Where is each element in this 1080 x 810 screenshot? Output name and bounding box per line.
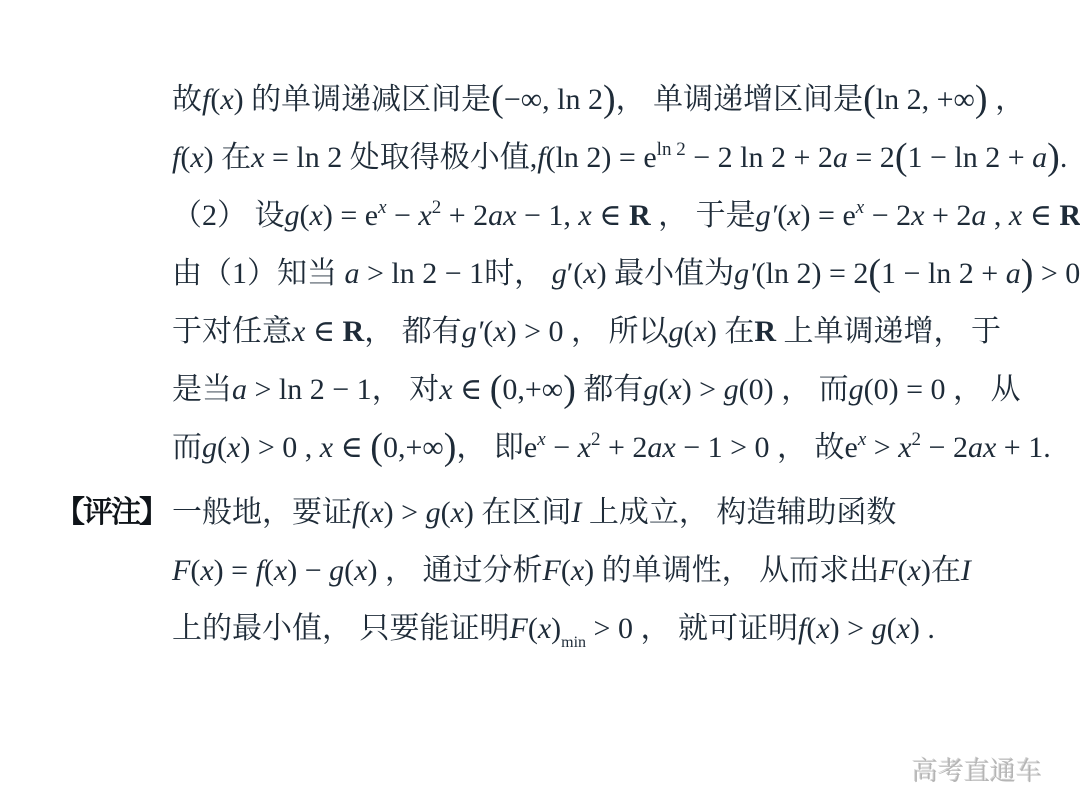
text-segment: ) > <box>682 373 724 406</box>
text-segment: ， 都有 <box>364 315 462 348</box>
text-segment: x <box>571 554 584 587</box>
text-segment: ∈ <box>1022 199 1059 232</box>
text-segment: ) <box>1047 136 1060 178</box>
text-segment: a <box>971 199 986 232</box>
document-line: F(x) = f(x) − g(x) ， 通过分析F(x) 的单调性， 从而求出… <box>172 542 1060 600</box>
text-segment: ) − <box>287 554 329 587</box>
text-segment: ) <box>584 554 594 587</box>
text-segment: 最小值为 <box>607 257 735 290</box>
document-line: 是当a > ln 2 − 1， 对x ∈ (0,+∞) 都有g(x) > g(0… <box>172 361 1060 419</box>
text-segment: ) = e <box>323 199 378 232</box>
text-segment: ) <box>464 496 474 529</box>
text-segment: ) <box>204 141 214 174</box>
text-segment: ( <box>561 554 571 587</box>
text-segment: F <box>543 554 561 587</box>
text-segment: 0,+∞ <box>502 373 563 406</box>
document-line: 上的最小值， 只要能证明F(x)min > 0 ， 就可证明f(x) > g(x… <box>172 600 1060 658</box>
text-segment: x <box>439 373 452 406</box>
text-segment: ( <box>210 83 220 116</box>
text-segment: ( <box>264 554 274 587</box>
text-segment: = 2 <box>848 141 895 174</box>
text-segment: ) <box>921 554 931 587</box>
text-segment: x <box>787 199 800 232</box>
text-segment: x <box>578 431 591 464</box>
text-segment: 2 <box>912 429 922 450</box>
text-segment: ) = <box>214 554 256 587</box>
text-segment: g <box>202 431 217 464</box>
text-segment: x <box>292 315 305 348</box>
text-segment: 2 <box>432 197 442 218</box>
text-segment: ax <box>647 431 675 464</box>
text-segment: g′ <box>462 315 484 348</box>
text-segment: 上的最小值， 只要能证明 <box>172 612 510 645</box>
text-segment: g <box>872 612 887 645</box>
text-segment: x <box>858 429 866 450</box>
text-segment: x <box>378 197 386 218</box>
text-segment: + 2 <box>441 199 488 232</box>
text-segment: 在 <box>931 554 961 587</box>
text-segment: ( <box>887 612 897 645</box>
text-segment: g <box>552 257 567 290</box>
text-segment: −∞, ln 2 <box>504 83 603 116</box>
document-line: （2） 设g(x) = ex − x2 + 2ax − 1, x ∈ R ， 于… <box>172 187 1060 245</box>
text-segment: F <box>510 612 528 645</box>
text-segment: 2 <box>591 429 601 450</box>
text-segment: . <box>1060 141 1068 174</box>
text-segment: x <box>911 199 924 232</box>
text-segment: (0) = 0 <box>864 373 946 406</box>
text-segment: − 2 ln 2 + 2 <box>686 141 833 174</box>
text-segment: x <box>907 554 920 587</box>
text-segment: ax <box>968 431 996 464</box>
text-segment: ∈ <box>305 315 342 348</box>
text-segment: 1 − ln 2 + <box>881 257 1006 290</box>
text-segment: > <box>866 431 898 464</box>
text-segment: ) > <box>830 612 872 645</box>
text-segment: x <box>668 373 681 406</box>
text-segment: g <box>849 373 864 406</box>
text-segment: ′( <box>567 257 584 290</box>
document-page: 故f(x) 的单调递减区间是(−∞, ln 2)， 单调递增区间是(ln 2, … <box>0 0 1080 810</box>
text-segment: ( <box>180 141 190 174</box>
text-segment: R. <box>1059 199 1080 232</box>
text-segment: g <box>285 199 300 232</box>
text-segment: ) <box>597 257 607 290</box>
text-segment: ( <box>490 368 503 410</box>
text-segment: − 2 <box>864 199 911 232</box>
text-segment: x <box>493 315 506 348</box>
text-segment: ， 而 <box>774 373 849 406</box>
text-segment: I <box>961 554 971 587</box>
text-segment: (ln 2) = e <box>546 141 657 174</box>
document-line: 而g(x) > 0 , x ∈ (0,+∞)， 即ex − x2 + 2ax −… <box>172 419 1060 477</box>
text-segment: ( <box>777 199 787 232</box>
text-segment: 在 <box>717 315 755 348</box>
text-segment: x <box>451 496 464 529</box>
text-segment: 而 <box>172 431 202 464</box>
text-segment: + 1. <box>996 431 1050 464</box>
text-segment: min <box>561 634 586 651</box>
text-segment: 上单调递增， 于 <box>776 315 1001 348</box>
text-segment: > ln 2 − 1 <box>360 257 485 290</box>
text-segment: （2） 设 <box>172 199 285 232</box>
text-segment: > 0 <box>1033 257 1080 290</box>
text-segment: ( <box>441 496 451 529</box>
text-segment: x <box>370 496 383 529</box>
document-line: 故f(x) 的单调递减区间是(−∞, ln 2)， 单调递增区间是(ln 2, … <box>172 71 1060 129</box>
text-segment: x <box>190 141 203 174</box>
text-segment: , <box>986 199 1009 232</box>
text-segment: ( <box>895 136 908 178</box>
text-segment: ) <box>444 426 457 468</box>
text-segment: 一般地，要证 <box>172 496 352 529</box>
text-segment: ( <box>217 431 227 464</box>
text-segment: ( <box>491 78 504 120</box>
text-segment: g <box>724 373 739 406</box>
text-segment: ) <box>368 554 378 587</box>
text-segment: a <box>232 373 247 406</box>
text-segment: ) <box>707 315 717 348</box>
text-segment: x <box>227 431 240 464</box>
text-segment: ， 对 <box>372 373 440 406</box>
document-body: 故f(x) 的单调递减区间是(−∞, ln 2)， 单调递增区间是(ln 2, … <box>55 71 1060 658</box>
text-segment: (ln 2) = 2 <box>756 257 869 290</box>
text-segment: + 2 <box>600 431 647 464</box>
text-segment: g <box>669 315 684 348</box>
text-segment: ， <box>988 83 1026 116</box>
text-segment: R <box>343 315 365 348</box>
text-segment: ln 2, +∞ <box>876 83 975 116</box>
text-segment: ax <box>488 199 516 232</box>
text-segment: a <box>1032 141 1047 174</box>
text-segment: ， 通过分析 <box>378 554 543 587</box>
text-segment: x <box>537 429 545 450</box>
text-segment: ， 所以 <box>564 315 669 348</box>
note-label: 【评注】 <box>55 484 172 542</box>
text-segment: ( <box>658 373 668 406</box>
text-segment: ) . <box>910 612 935 645</box>
text-segment: ( <box>863 78 876 120</box>
document-line: f(x) 在x = ln 2 处取得极小值,f(ln 2) = eln 2 − … <box>172 129 1060 187</box>
text-segment: x <box>274 554 287 587</box>
text-segment: x <box>538 612 551 645</box>
text-segment: x <box>897 612 910 645</box>
text-segment: 上成立， 构造辅助函数 <box>581 496 896 529</box>
text-segment: x <box>200 554 213 587</box>
text-segment: e <box>845 431 858 464</box>
text-segment: + 2 <box>924 199 971 232</box>
text-segment: ) <box>1021 252 1034 294</box>
text-segment: I <box>571 496 581 529</box>
text-segment: 时， <box>484 257 552 290</box>
text-segment: ) > 0 <box>507 315 564 348</box>
text-segment: 在 <box>214 141 252 174</box>
text-segment: ( <box>190 554 200 587</box>
text-segment: 在区间 <box>474 496 572 529</box>
text-segment: g <box>426 496 441 529</box>
text-segment: ∈ <box>592 199 629 232</box>
text-segment: a <box>345 257 360 290</box>
text-segment: x <box>251 141 264 174</box>
text-segment: ) > <box>384 496 426 529</box>
text-segment: F <box>879 554 897 587</box>
text-segment: ) <box>563 368 576 410</box>
text-segment: > 0 <box>586 612 633 645</box>
text-segment: a <box>1006 257 1021 290</box>
watermark: 高考直通车 <box>912 751 1042 788</box>
text-segment: ln 2 <box>657 139 686 160</box>
text-segment: g <box>329 554 344 587</box>
text-segment: ) = e <box>801 199 856 232</box>
text-segment: − <box>546 431 578 464</box>
text-segment: R <box>629 199 651 232</box>
text-segment: ( <box>300 199 310 232</box>
text-segment: ∈ <box>453 373 490 406</box>
text-segment: ) > 0 , <box>240 431 319 464</box>
text-segment: x <box>354 554 367 587</box>
document-line: 由（1）知当 a > ln 2 − 1时， g′(x) 最小值为g′(ln 2)… <box>172 245 1060 303</box>
text-segment: ( <box>344 554 354 587</box>
text-segment: x <box>898 431 911 464</box>
text-segment: ) <box>975 78 988 120</box>
text-segment: R <box>754 315 776 348</box>
text-segment: ( <box>868 252 881 294</box>
text-segment: − <box>387 199 419 232</box>
text-segment: e <box>524 431 537 464</box>
text-segment: g <box>643 373 658 406</box>
text-segment: g′ <box>756 199 778 232</box>
text-segment: ， 就可证明 <box>633 612 798 645</box>
text-segment: x <box>694 315 707 348</box>
text-segment: x <box>578 199 591 232</box>
text-segment: f <box>256 554 264 587</box>
text-segment: 处取得极小值, <box>350 141 538 174</box>
text-segment: ， 从 <box>946 373 1021 406</box>
text-segment: 由（1）知当 <box>172 257 345 290</box>
text-segment: ( <box>528 612 538 645</box>
text-segment: x <box>583 257 596 290</box>
text-segment: − 1, <box>517 199 579 232</box>
text-segment: ， 故 <box>770 431 845 464</box>
text-segment: f <box>537 141 545 174</box>
text-segment: ) <box>234 83 244 116</box>
text-segment: ( <box>483 315 493 348</box>
text-segment: ( <box>360 496 370 529</box>
text-segment: 的单调递减区间是 <box>244 83 492 116</box>
text-segment: ， 单调递增区间是 <box>616 83 864 116</box>
text-segment: 1 − ln 2 + <box>907 141 1032 174</box>
text-segment: ∈ <box>333 431 370 464</box>
text-segment: x <box>320 431 333 464</box>
text-segment: ， 于是 <box>651 199 756 232</box>
text-segment: x <box>1009 199 1022 232</box>
text-segment: ( <box>684 315 694 348</box>
text-segment: x <box>856 197 864 218</box>
text-segment: (0) <box>739 373 774 406</box>
text-segment: F <box>172 554 190 587</box>
text-segment: x <box>310 199 323 232</box>
text-segment: ( <box>370 426 383 468</box>
text-segment: − 1 > 0 <box>676 431 770 464</box>
text-segment: x <box>816 612 829 645</box>
text-segment: 是当 <box>172 373 232 406</box>
text-segment: x <box>220 83 233 116</box>
text-segment: g′ <box>734 257 756 290</box>
text-segment: 0,+∞ <box>383 431 444 464</box>
text-segment: 都有 <box>576 373 644 406</box>
document-line: 于对任意x ∈ R， 都有g′(x) > 0 ， 所以g(x) 在R 上单调递增… <box>172 303 1060 361</box>
text-segment: = ln 2 <box>265 141 350 174</box>
text-segment: x <box>418 199 431 232</box>
text-segment: a <box>833 141 848 174</box>
document-line: 【评注】一般地，要证f(x) > g(x) 在区间I 上成立， 构造辅助函数 <box>55 484 1060 542</box>
text-segment: ， 即 <box>456 431 524 464</box>
text-segment: ) <box>551 612 561 645</box>
text-segment: − 2 <box>921 431 968 464</box>
text-segment: ( <box>897 554 907 587</box>
text-segment: ) <box>603 78 616 120</box>
text-segment: > ln 2 − 1 <box>247 373 372 406</box>
text-segment: 于对任意 <box>172 315 292 348</box>
text-segment: 的单调性， 从而求出 <box>594 554 879 587</box>
text-segment: 故 <box>172 83 202 116</box>
text-segment: ( <box>806 612 816 645</box>
